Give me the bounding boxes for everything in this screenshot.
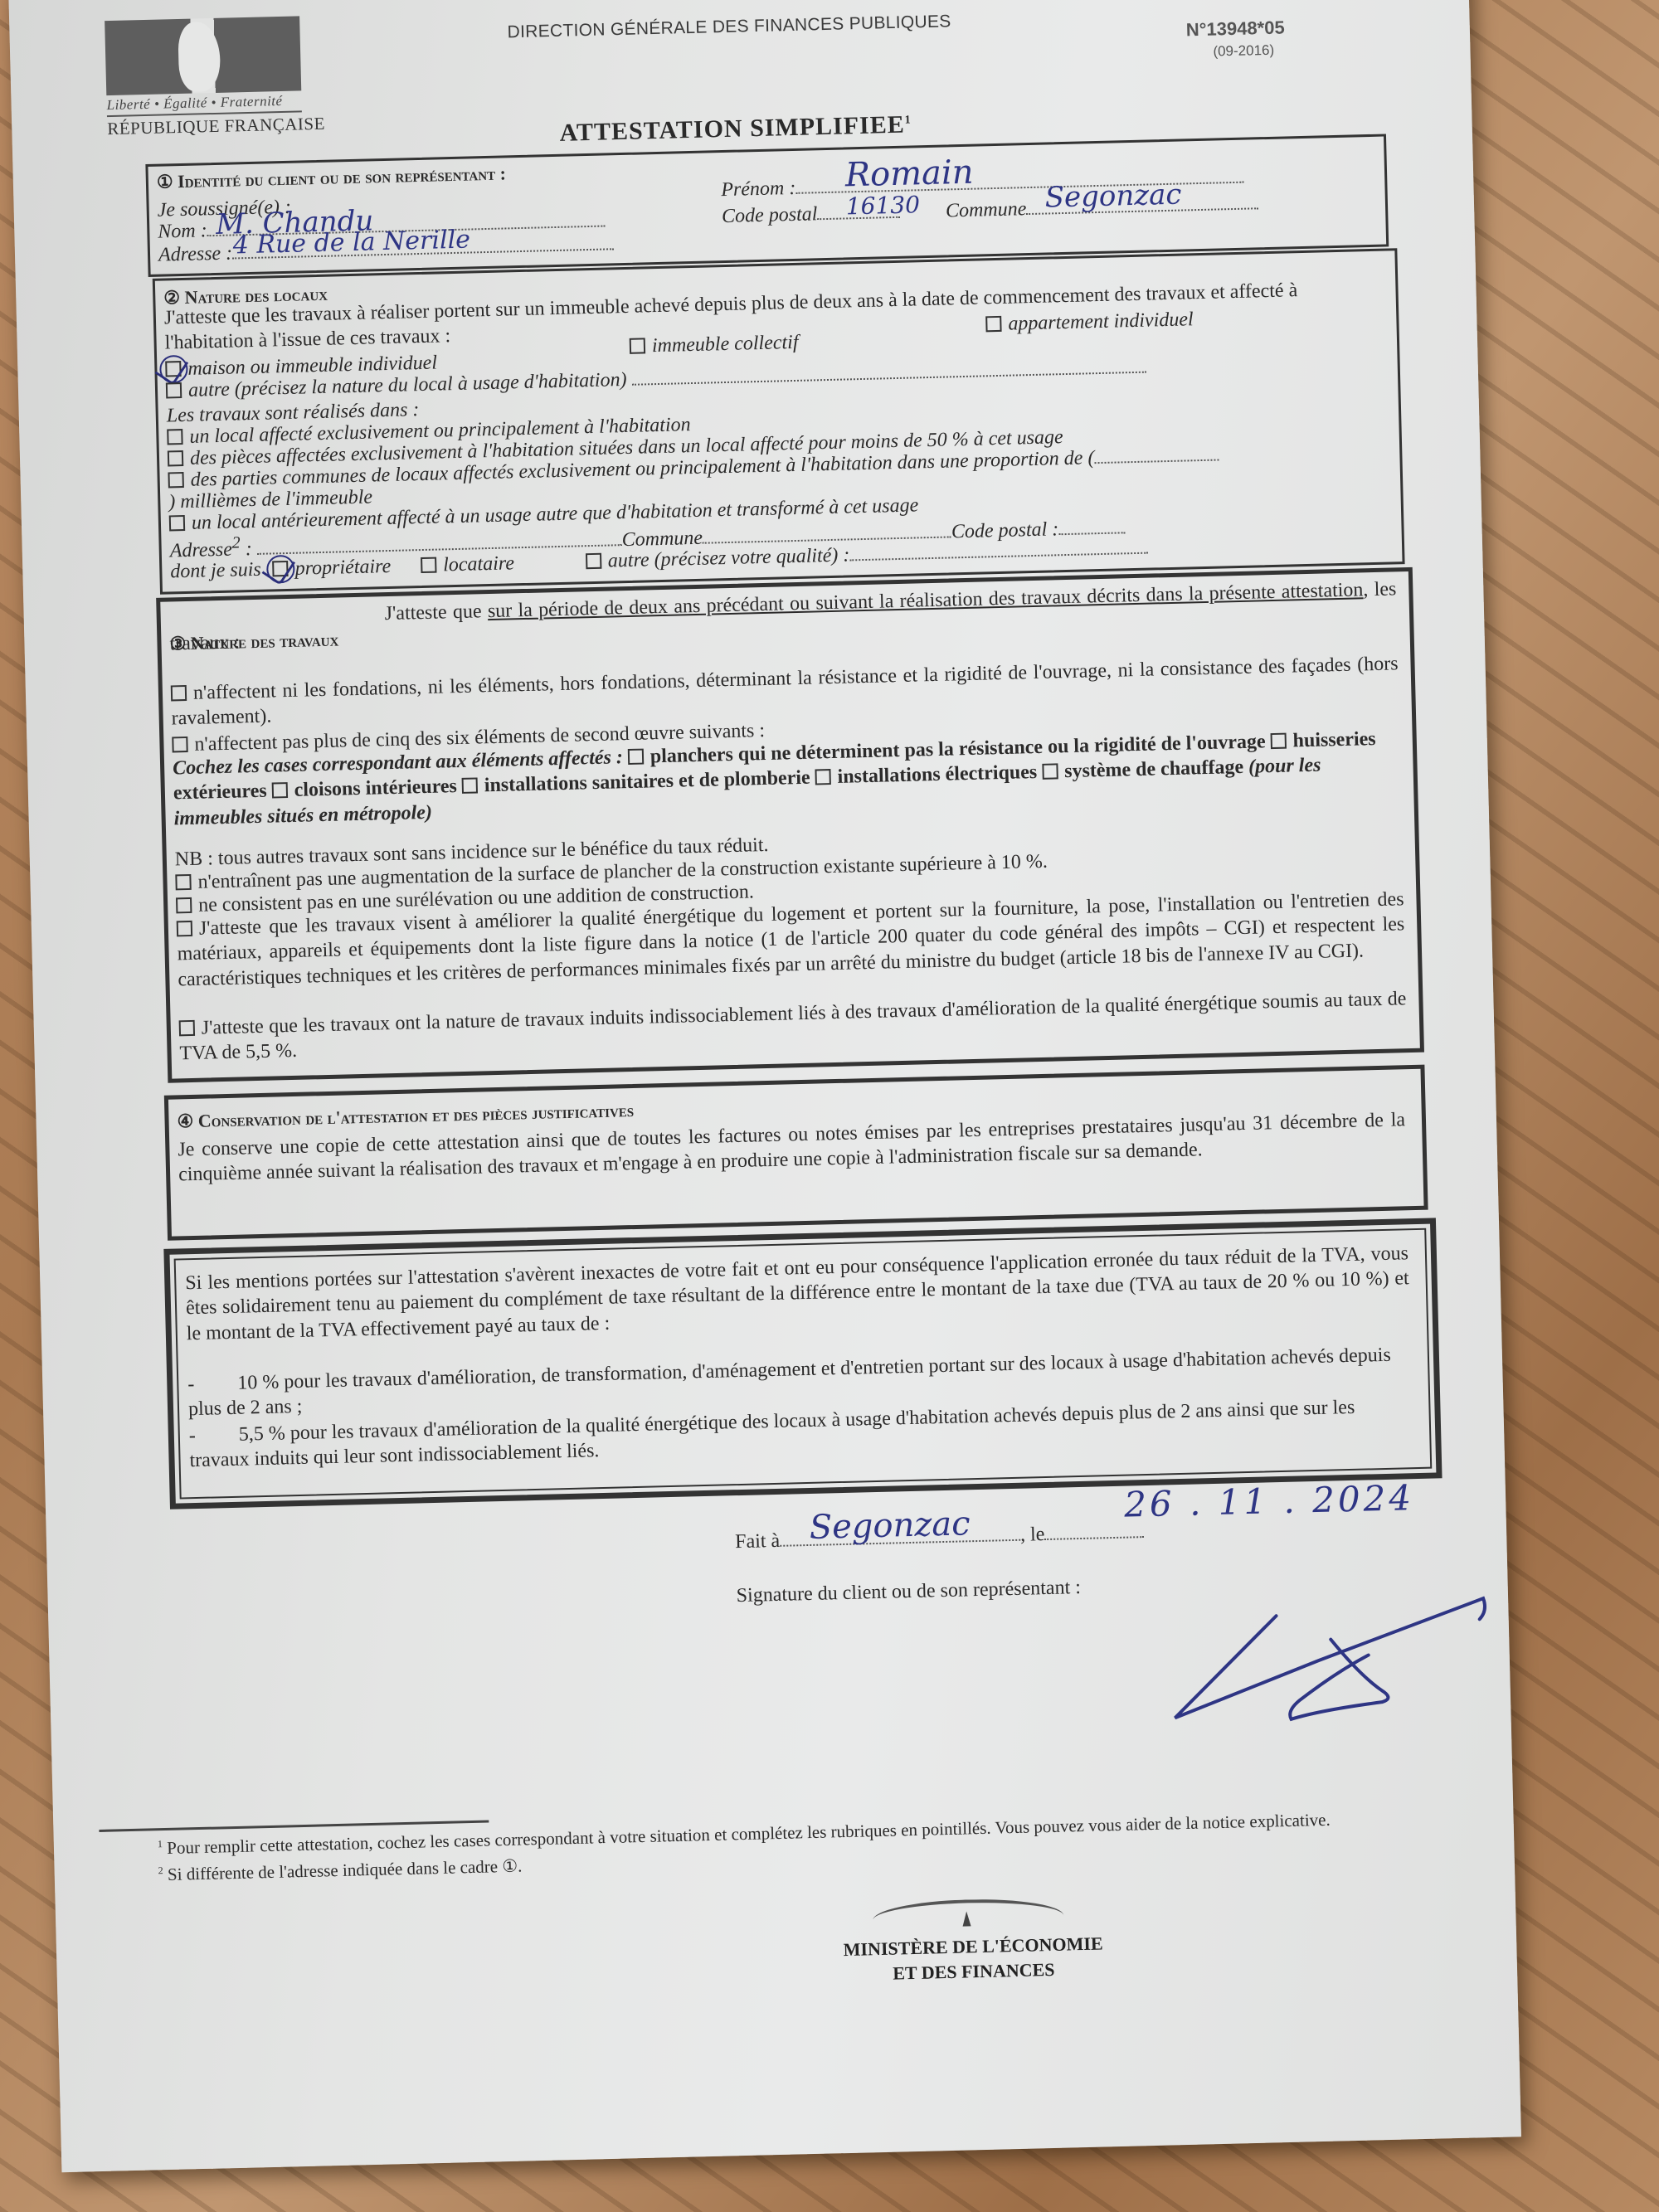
checkbox-planchers[interactable] (628, 749, 644, 765)
ministry-logo-spire-icon (962, 1911, 971, 1926)
checkbox-empty[interactable] (168, 450, 183, 466)
postal-code-handwritten: 16130 (845, 191, 920, 220)
date-handwritten: 26 . 11 . 2024 (1124, 1477, 1415, 1525)
checkbox-empty[interactable] (176, 897, 192, 913)
checkbox-empty[interactable] (175, 874, 191, 890)
commune-handwritten: Segonzac (1044, 178, 1182, 215)
checkbox-empty[interactable] (630, 338, 645, 353)
republic-motto: Liberté • Égalité • Fraternité (106, 93, 282, 114)
checkbox-autre-qualite[interactable] (586, 553, 601, 569)
checkbox-cloisons[interactable] (271, 783, 287, 799)
cerfa-edition-date: (09-2016) (1213, 42, 1274, 61)
issuing-direction: DIRECTION GÉNÉRALE DES FINANCES PUBLIQUE… (507, 12, 951, 42)
cerfa-number: N°13948*05 (1185, 17, 1285, 41)
checkbox-huisseries[interactable] (1270, 733, 1286, 749)
signature-label: Signature du client ou de son représenta… (736, 1575, 1081, 1609)
checkbox-empty[interactable] (179, 1020, 195, 1036)
checkbox-induced-works[interactable]: J'atteste que les travaux ont la nature … (178, 986, 1407, 1067)
place-handwritten: Segonzac (809, 1505, 971, 1547)
checkbox-empty[interactable] (985, 316, 1001, 332)
footnote-2: 2 Si différente de l'adresse indiquée da… (158, 1856, 522, 1886)
section-premises: ② Nature des locaux J'atteste que les tr… (153, 248, 1405, 595)
checkbox-sanitaires[interactable] (462, 778, 478, 794)
warning-box: Si les mentions portées sur l'attestatio… (163, 1218, 1442, 1509)
republic-name: RÉPUBLIQUE FRANÇAISE (107, 114, 325, 139)
checkbox-chauffage[interactable] (1042, 764, 1058, 780)
attestation-form-page: Liberté • Égalité • Fraternité RÉPUBLIQU… (8, 0, 1521, 2172)
warning-text: Si les mentions portées sur l'attestatio… (185, 1241, 1410, 1346)
firstname-handwritten: Romain (844, 153, 974, 195)
client-signature (1151, 1589, 1536, 1739)
checkbox-appartement[interactable]: appartement individuel (985, 307, 1194, 338)
section-conservation: ④ Conservation de l'attestation et des p… (164, 1065, 1428, 1241)
checkbox-empty[interactable] (169, 515, 185, 531)
checkbox-empty[interactable] (168, 472, 183, 488)
checkbox-empty[interactable] (171, 685, 187, 701)
ministry-name: MINISTÈRE DE L'ÉCONOMIE ET DES FINANCES (828, 1931, 1119, 1987)
checkbox-empty[interactable] (177, 921, 192, 936)
checkbox-proprietaire[interactable] (272, 561, 288, 576)
checkbox-electriques[interactable] (815, 770, 830, 785)
checkbox-empty[interactable] (167, 429, 182, 445)
footnote-divider (99, 1821, 489, 1832)
marianne-logo (105, 16, 301, 95)
checkbox-checked[interactable] (165, 361, 181, 377)
section-works: ③ Nature des travaux J'atteste que sur l… (156, 567, 1424, 1083)
form-title: ATTESTATION SIMPLIFIEE1 (559, 110, 912, 147)
checkbox-locataire[interactable] (421, 557, 436, 573)
checkbox-immeuble-collectif[interactable]: immeuble collectif (630, 330, 799, 359)
footnote-1: 1 Pour remplir cette attestation, cochez… (158, 1810, 1331, 1860)
checkbox-empty[interactable] (172, 737, 187, 752)
section-identity-heading: ① Identité du client ou de son représent… (157, 163, 507, 192)
checkbox-empty[interactable] (166, 382, 182, 398)
address-handwritten: 4 Rue de la Nerille (232, 225, 470, 260)
